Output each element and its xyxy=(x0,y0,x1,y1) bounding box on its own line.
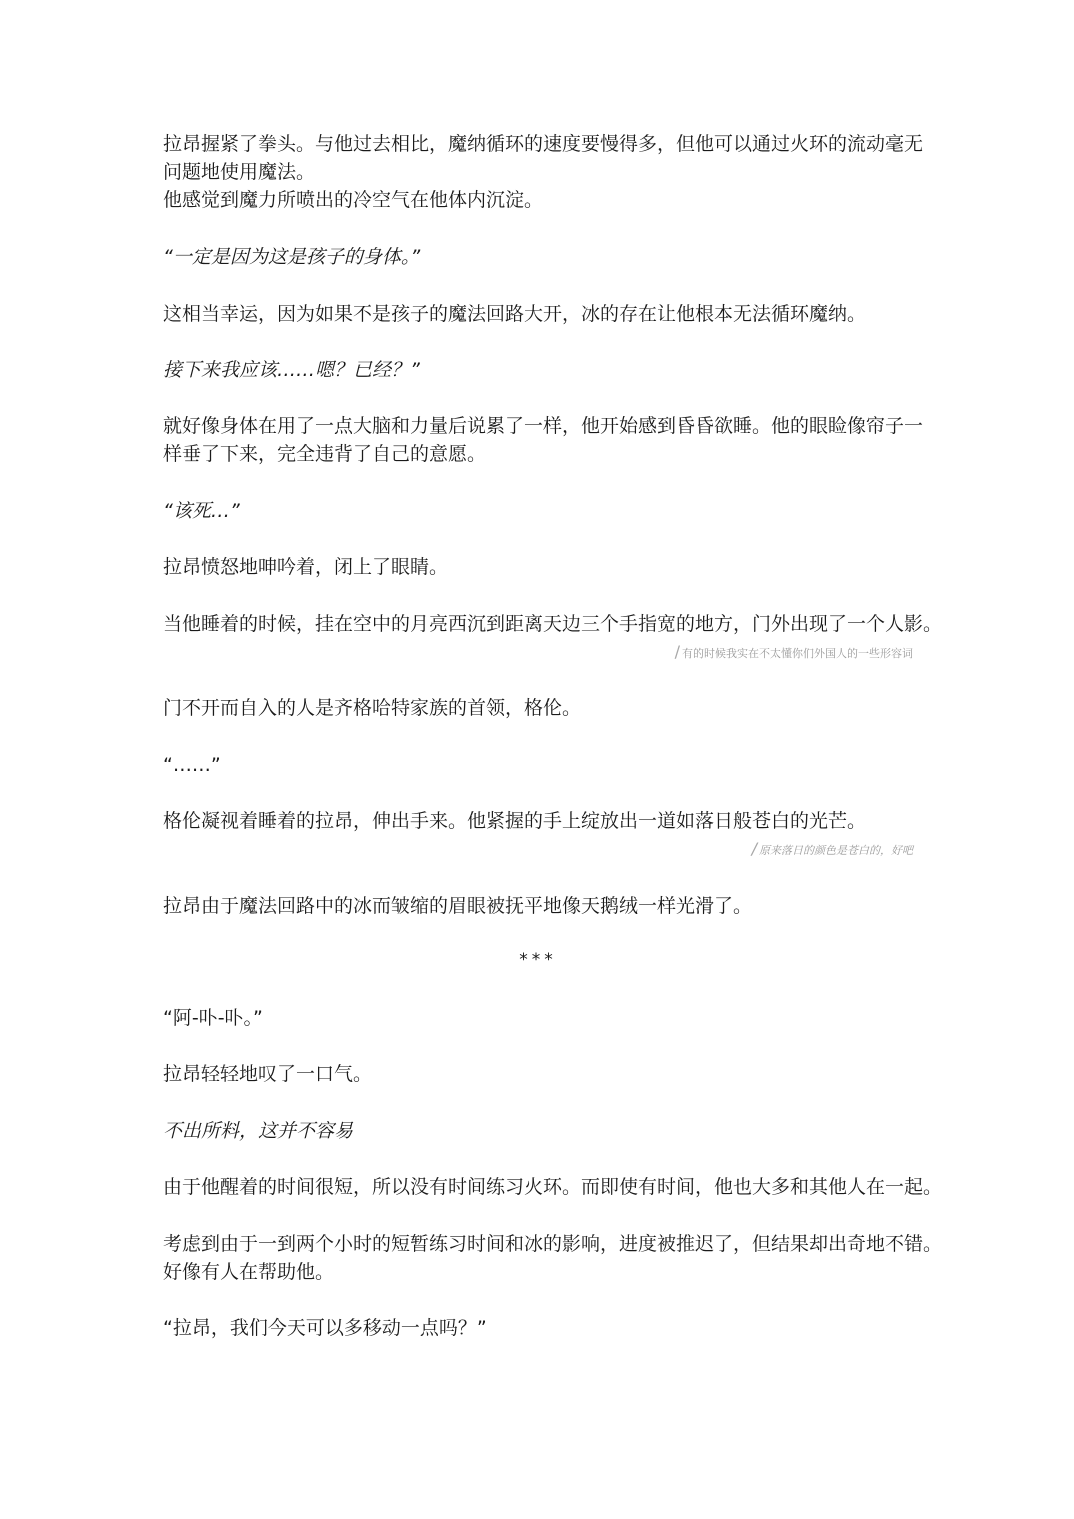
paragraph-line: 拉昂握紧了拳头。与他过去相比，魔纳循环的速度要慢得多，但他可以通过火环的流动毫无 xyxy=(163,130,913,158)
paragraph-line: 拉昂愤怒地呻吟着，闭上了眼睛。 xyxy=(163,553,913,581)
translator-note: /原来落日的颜色是苍白的，好吧 xyxy=(752,841,913,859)
note-marker: / xyxy=(675,642,680,661)
paragraph-line: 这相当幸运，因为如果不是孩子的魔法回路大开，冰的存在让他根本无法循环魔纳。 xyxy=(163,300,913,328)
dialogue: “……” xyxy=(163,751,913,779)
paragraph-line: 格伦凝视着睡着的拉昂，伸出手来。他紧握的手上绽放出一道如落日般苍白的光芒。 xyxy=(163,807,913,835)
paragraph-line: 拉昂由于魔法回路中的冰而皱缩的眉眼被抚平地像天鹅绒一样光滑了。 xyxy=(163,892,913,920)
note-marker: / xyxy=(752,839,757,858)
dialogue-italic: “该死…” xyxy=(163,497,913,525)
paragraph-line: 问题地使用魔法。 xyxy=(163,158,913,186)
paragraph-line: 他感觉到魔力所喷出的冷空气在他体内沉淀。 xyxy=(163,186,913,214)
paragraph-line: 就好像身体在用了一点大脑和力量后说累了一样，他开始感到昏昏欲睡。他的眼睑像帘子一 xyxy=(163,412,913,440)
note-text: 原来落日的颜色是苍白的，好吧 xyxy=(759,844,913,857)
dialogue: “拉昂，我们今天可以多移动一点吗？” xyxy=(163,1314,913,1342)
paragraph-line: 当他睡着的时候，挂在空中的月亮西沉到距离天边三个手指宽的地方，门外出现了一个人影… xyxy=(163,610,913,638)
section-separator: *** xyxy=(163,948,913,972)
paragraph-line: 门不开而自入的人是齐格哈特家族的首领，格伦。 xyxy=(163,694,913,722)
translator-note: /有的时候我实在不太懂你们外国人的一些形容词 xyxy=(675,644,913,662)
thought-italic: 接下来我应该……嗯？已经？” xyxy=(163,356,913,384)
paragraph-line: 好像有人在帮助他。 xyxy=(163,1258,913,1286)
paragraph-line: 样垂了下来，完全违背了自己的意愿。 xyxy=(163,440,913,468)
dialogue-italic: “一定是因为这是孩子的身体。” xyxy=(163,243,913,271)
paragraph-line: 由于他醒着的时间很短，所以没有时间练习火环。而即使有时间，他也大多和其他人在一起… xyxy=(163,1173,913,1201)
note-text: 有的时候我实在不太懂你们外国人的一些形容词 xyxy=(682,647,913,660)
dialogue: “阿-卟-卟。” xyxy=(163,1004,913,1032)
paragraph-line: 拉昂轻轻地叹了一口气。 xyxy=(163,1060,913,1088)
thought-italic: 不出所料，这并不容易 xyxy=(163,1117,913,1145)
paragraph-line: 考虑到由于一到两个小时的短暂练习时间和冰的影响，进度被推迟了，但结果却出奇地不错… xyxy=(163,1230,913,1258)
